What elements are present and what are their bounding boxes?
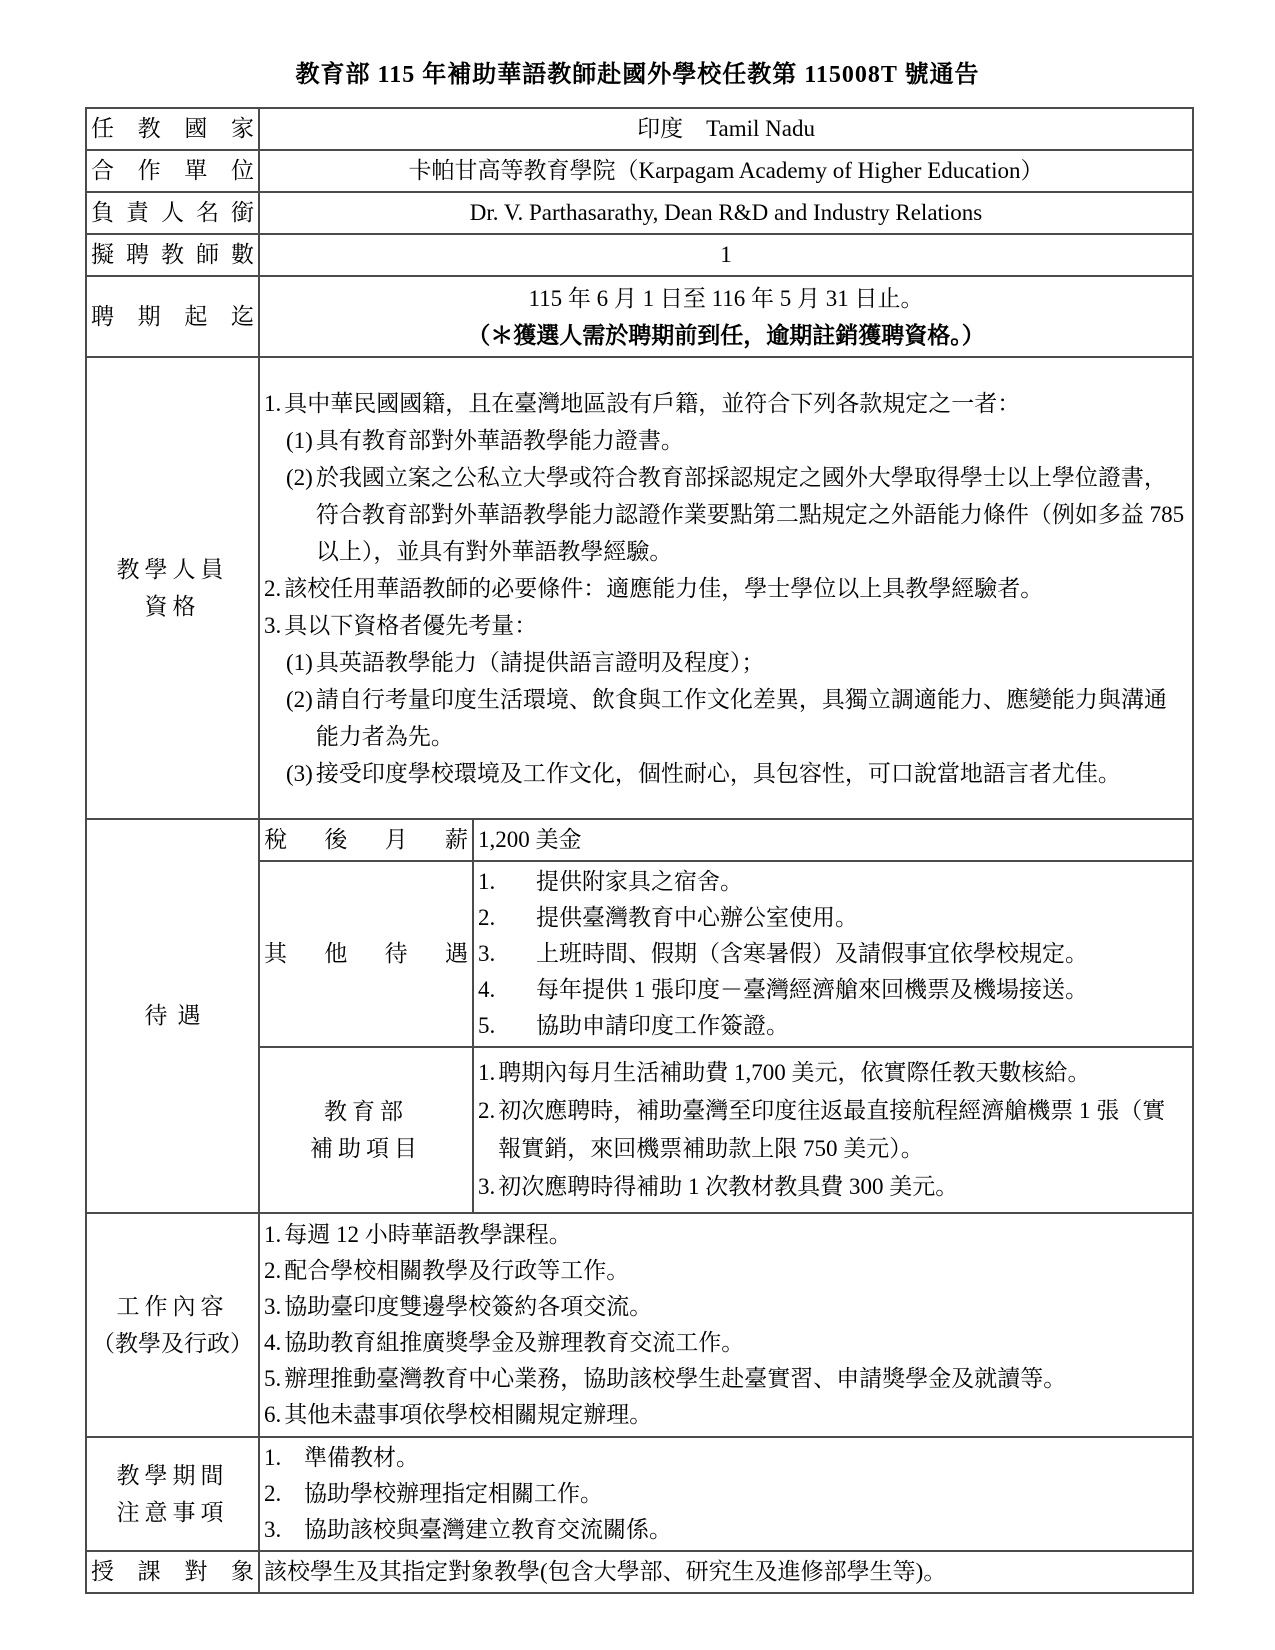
row-students: 授課對象 該校學生及其指定對象教學(包含大學部、研究生及進修部學生等)。	[86, 1551, 1193, 1593]
list-item-number: 4.	[264, 1325, 281, 1361]
teaching-notes-label: 教學期間 注意事項	[86, 1437, 259, 1551]
list-item-number: 4.	[478, 972, 536, 1008]
moe-subsidy-list: 1.聘期內每月生活補助費 1,700 美元，依實際任教天數核給。 2.初次應聘時…	[473, 1047, 1193, 1213]
list-item-number: 1.	[264, 1217, 281, 1253]
row-contact: 負責人名銜 Dr. V. Parthasarathy, Dean R&D and…	[86, 192, 1193, 234]
list-item: 2.配合學校相關教學及行政等工作。	[264, 1253, 1188, 1289]
partner-value: 卡帕甘高等教育學院（Karpagam Academy of Higher Edu…	[259, 150, 1193, 192]
list-item: (3)接受印度學校環境及工作文化，個性耐心，具包容性，可口說當地語言者尤佳。	[286, 755, 1188, 792]
employment-period-note: （＊獲選人需於聘期前到任，逾期註銷獲聘資格。）	[264, 317, 1188, 354]
list-item: 5.協助申請印度工作簽證。	[478, 1008, 1188, 1044]
list-item: 3.初次應聘時得補助 1 次教材教具費 300 美元。	[478, 1168, 1188, 1206]
country-value: 印度 Tamil Nadu	[259, 108, 1193, 150]
list-item-text: 每週 12 小時華語教學課程。	[284, 1217, 1188, 1253]
list-item: 3.具以下資格者優先考量：	[264, 607, 1188, 644]
list-item-text: 配合學校相關教學及行政等工作。	[284, 1253, 1188, 1289]
list-item: (2)請自行考量印度生活環境、飲食與工作文化差異，具獨立調適能力、應變能力與溝通…	[286, 681, 1188, 755]
list-item-text: 具有教育部對外華語教學能力證書。	[316, 422, 1188, 459]
list-item-text: 每年提供 1 張印度－臺灣經濟艙來回機票及機場接送。	[536, 972, 1188, 1008]
list-item-text: 協助申請印度工作簽證。	[536, 1008, 1188, 1044]
moe-subsidy-label: 教育部 補助項目	[259, 1047, 473, 1213]
page-title: 教育部 115 年補助華語教師赴國外學校任教第 115008T 號通告	[0, 0, 1275, 89]
list-item-text: 準備教材。	[304, 1440, 1188, 1476]
list-item-text: 其他未盡事項依學校相關規定辦理。	[284, 1397, 1188, 1433]
list-item: 4.協助教育組推廣獎學金及辦理教育交流工作。	[264, 1325, 1188, 1361]
teaching-notes-label-line2: 注意事項	[91, 1494, 254, 1531]
list-item-text: 辦理推動臺灣教育中心業務，協助該校學生赴臺實習、申請獎學金及就讀等。	[284, 1361, 1188, 1397]
list-item-text: 具中華民國國籍，且在臺灣地區設有戶籍，並符合下列各款規定之一者：	[284, 385, 1188, 422]
list-item-number: 1.	[264, 385, 281, 422]
row-teaching-notes: 教學期間 注意事項 1.準備教材。 2.協助學校辦理指定相關工作。 3.協助該校…	[86, 1437, 1193, 1551]
employment-period-dates: 115 年 6 月 1 日至 116 年 5 月 31 日止。	[264, 280, 1188, 317]
list-item-text: 初次應聘時，補助臺灣至印度往返最直接航程經濟艙機票 1 張（實報實銷，來回機票補…	[498, 1092, 1188, 1168]
other-benefits-list: 1.提供附家具之宿舍。 2.提供臺灣教育中心辦公室使用。 3.上班時間、假期（含…	[473, 861, 1193, 1047]
list-item-text: 於我國立案之公私立大學或符合教育部採認規定之國外大學取得學士以上學位證書，符合教…	[316, 459, 1188, 570]
list-item: 1.聘期內每月生活補助費 1,700 美元，依實際任教天數核給。	[478, 1054, 1188, 1092]
list-item-number: 5.	[264, 1361, 281, 1397]
list-item: 1.每週 12 小時華語教學課程。	[264, 1217, 1188, 1253]
list-item-text: 上班時間、假期（含寒暑假）及請假事宜依學校規定。	[536, 936, 1188, 972]
list-item-text: 該校任用華語教師的必要條件：適應能力佳，學士學位以上具教學經驗者。	[284, 570, 1188, 607]
list-item-number: 2.	[478, 1092, 495, 1130]
row-teacher-count: 擬聘教師數 1	[86, 234, 1193, 276]
list-item-number: 3.	[478, 1168, 495, 1206]
employment-period-value: 115 年 6 月 1 日至 116 年 5 月 31 日止。 （＊獲選人需於聘…	[259, 276, 1193, 357]
list-item: 3.協助臺印度雙邊學校簽約各項交流。	[264, 1289, 1188, 1325]
list-item: 1.具中華民國國籍，且在臺灣地區設有戶籍，並符合下列各款規定之一者：	[264, 385, 1188, 422]
list-item-text: 具以下資格者優先考量：	[284, 607, 1188, 644]
list-item-number: (1)	[286, 422, 313, 459]
list-item-text: 協助臺印度雙邊學校簽約各項交流。	[284, 1289, 1188, 1325]
list-item-text: 請自行考量印度生活環境、飲食與工作文化差異，具獨立調適能力、應變能力與溝通能力者…	[316, 681, 1188, 755]
list-item: 2.協助學校辦理指定相關工作。	[264, 1476, 1188, 1512]
teaching-notes-list: 1.準備教材。 2.協助學校辦理指定相關工作。 3.協助該校與臺灣建立教育交流關…	[259, 1437, 1193, 1551]
list-item-text: 初次應聘時得補助 1 次教材教具費 300 美元。	[498, 1168, 1188, 1206]
list-item-text: 協助該校與臺灣建立教育交流關係。	[304, 1512, 1188, 1548]
list-item-number: 1.	[478, 1054, 495, 1092]
teaching-notes-label-line1: 教學期間	[91, 1457, 254, 1494]
qualification-label-line2: 資格	[91, 588, 254, 625]
row-job-content: 工作內容 （教學及行政） 1.每週 12 小時華語教學課程。 2.配合學校相關教…	[86, 1213, 1193, 1437]
list-item-number: 2.	[264, 1253, 281, 1289]
salary-value: 1,200 美金	[473, 819, 1193, 861]
teacher-count-value: 1	[259, 234, 1193, 276]
contact-value: Dr. V. Parthasarathy, Dean R&D and Indus…	[259, 192, 1193, 234]
list-item: (2)於我國立案之公私立大學或符合教育部採認規定之國外大學取得學士以上學位證書，…	[286, 459, 1188, 570]
moe-subsidy-label-line2: 補助項目	[264, 1130, 468, 1167]
other-benefits-label: 其他待遇	[259, 861, 473, 1047]
list-item-number: (3)	[286, 755, 313, 792]
list-item-text: 具英語教學能力（請提供語言證明及程度）；	[316, 644, 1188, 681]
list-item-number: 1.	[478, 864, 536, 900]
list-item-number: 3.	[264, 607, 281, 644]
list-item-number: (2)	[286, 459, 313, 496]
list-item-text: 協助學校辦理指定相關工作。	[304, 1476, 1188, 1512]
country-label: 任教國家	[86, 108, 259, 150]
list-item-text: 提供附家具之宿舍。	[536, 864, 1188, 900]
row-partner: 合作單位 卡帕甘高等教育學院（Karpagam Academy of Highe…	[86, 150, 1193, 192]
row-country: 任教國家 印度 Tamil Nadu	[86, 108, 1193, 150]
qualification-label-line1: 教學人員	[91, 551, 254, 588]
job-content-label-line2: （教學及行政）	[91, 1325, 254, 1362]
list-item: 1.提供附家具之宿舍。	[478, 864, 1188, 900]
list-item: (1)具有教育部對外華語教學能力證書。	[286, 422, 1188, 459]
list-item-number: 3.	[264, 1512, 304, 1548]
qualification-label: 教學人員 資格	[86, 357, 259, 819]
list-item-number: 3.	[264, 1289, 281, 1325]
students-value: 該校學生及其指定對象教學(包含大學部、研究生及進修部學生等)。	[259, 1551, 1193, 1593]
list-item-number: 6.	[264, 1397, 281, 1433]
job-content-label: 工作內容 （教學及行政）	[86, 1213, 259, 1437]
moe-subsidy-label-line1: 教育部	[264, 1093, 468, 1130]
list-item: 2.提供臺灣教育中心辦公室使用。	[478, 900, 1188, 936]
list-item-number: (1)	[286, 644, 313, 681]
partner-label: 合作單位	[86, 150, 259, 192]
list-item-text: 提供臺灣教育中心辦公室使用。	[536, 900, 1188, 936]
students-label: 授課對象	[86, 1551, 259, 1593]
list-item: (1)具英語教學能力（請提供語言證明及程度）；	[286, 644, 1188, 681]
document-page: 教育部 115 年補助華語教師赴國外學校任教第 115008T 號通告 任教國家…	[0, 0, 1275, 1650]
list-item-number: 1.	[264, 1440, 304, 1476]
list-item-number: 5.	[478, 1008, 536, 1044]
list-item: 5.辦理推動臺灣教育中心業務，協助該校學生赴臺實習、申請獎學金及就讀等。	[264, 1361, 1188, 1397]
qualification-list: 1.具中華民國國籍，且在臺灣地區設有戶籍，並符合下列各款規定之一者： (1)具有…	[259, 357, 1193, 819]
contact-label: 負責人名銜	[86, 192, 259, 234]
list-item: 1.準備教材。	[264, 1440, 1188, 1476]
list-item: 2.初次應聘時，補助臺灣至印度往返最直接航程經濟艙機票 1 張（實報實銷，來回機…	[478, 1092, 1188, 1168]
info-table: 任教國家 印度 Tamil Nadu 合作單位 卡帕甘高等教育學院（Karpag…	[85, 107, 1194, 1594]
list-item-text: 聘期內每月生活補助費 1,700 美元，依實際任教天數核給。	[498, 1054, 1188, 1092]
row-employment-period: 聘期起迄 115 年 6 月 1 日至 116 年 5 月 31 日止。 （＊獲…	[86, 276, 1193, 357]
list-item-number: 3.	[478, 936, 536, 972]
list-item-number: 2.	[264, 570, 281, 607]
list-item-number: (2)	[286, 681, 313, 718]
list-item: 3.上班時間、假期（含寒暑假）及請假事宜依學校規定。	[478, 936, 1188, 972]
job-content-list: 1.每週 12 小時華語教學課程。 2.配合學校相關教學及行政等工作。 3.協助…	[259, 1213, 1193, 1437]
list-item: 3.協助該校與臺灣建立教育交流關係。	[264, 1512, 1188, 1548]
list-item-number: 2.	[478, 900, 536, 936]
list-item-text: 協助教育組推廣獎學金及辦理教育交流工作。	[284, 1325, 1188, 1361]
teacher-count-label: 擬聘教師數	[86, 234, 259, 276]
employment-period-label: 聘期起迄	[86, 276, 259, 357]
salary-label: 稅後月薪	[259, 819, 473, 861]
list-item: 6.其他未盡事項依學校相關規定辦理。	[264, 1397, 1188, 1433]
job-content-label-line1: 工作內容	[91, 1288, 254, 1325]
row-qualification: 教學人員 資格 1.具中華民國國籍，且在臺灣地區設有戶籍，並符合下列各款規定之一…	[86, 357, 1193, 819]
row-treatment-salary: 待遇 稅後月薪 1,200 美金	[86, 819, 1193, 861]
treatment-label: 待遇	[86, 819, 259, 1213]
list-item: 2.該校任用華語教師的必要條件：適應能力佳，學士學位以上具教學經驗者。	[264, 570, 1188, 607]
list-item: 4.每年提供 1 張印度－臺灣經濟艙來回機票及機場接送。	[478, 972, 1188, 1008]
list-item-text: 接受印度學校環境及工作文化，個性耐心，具包容性，可口說當地語言者尤佳。	[316, 755, 1188, 792]
list-item-number: 2.	[264, 1476, 304, 1512]
